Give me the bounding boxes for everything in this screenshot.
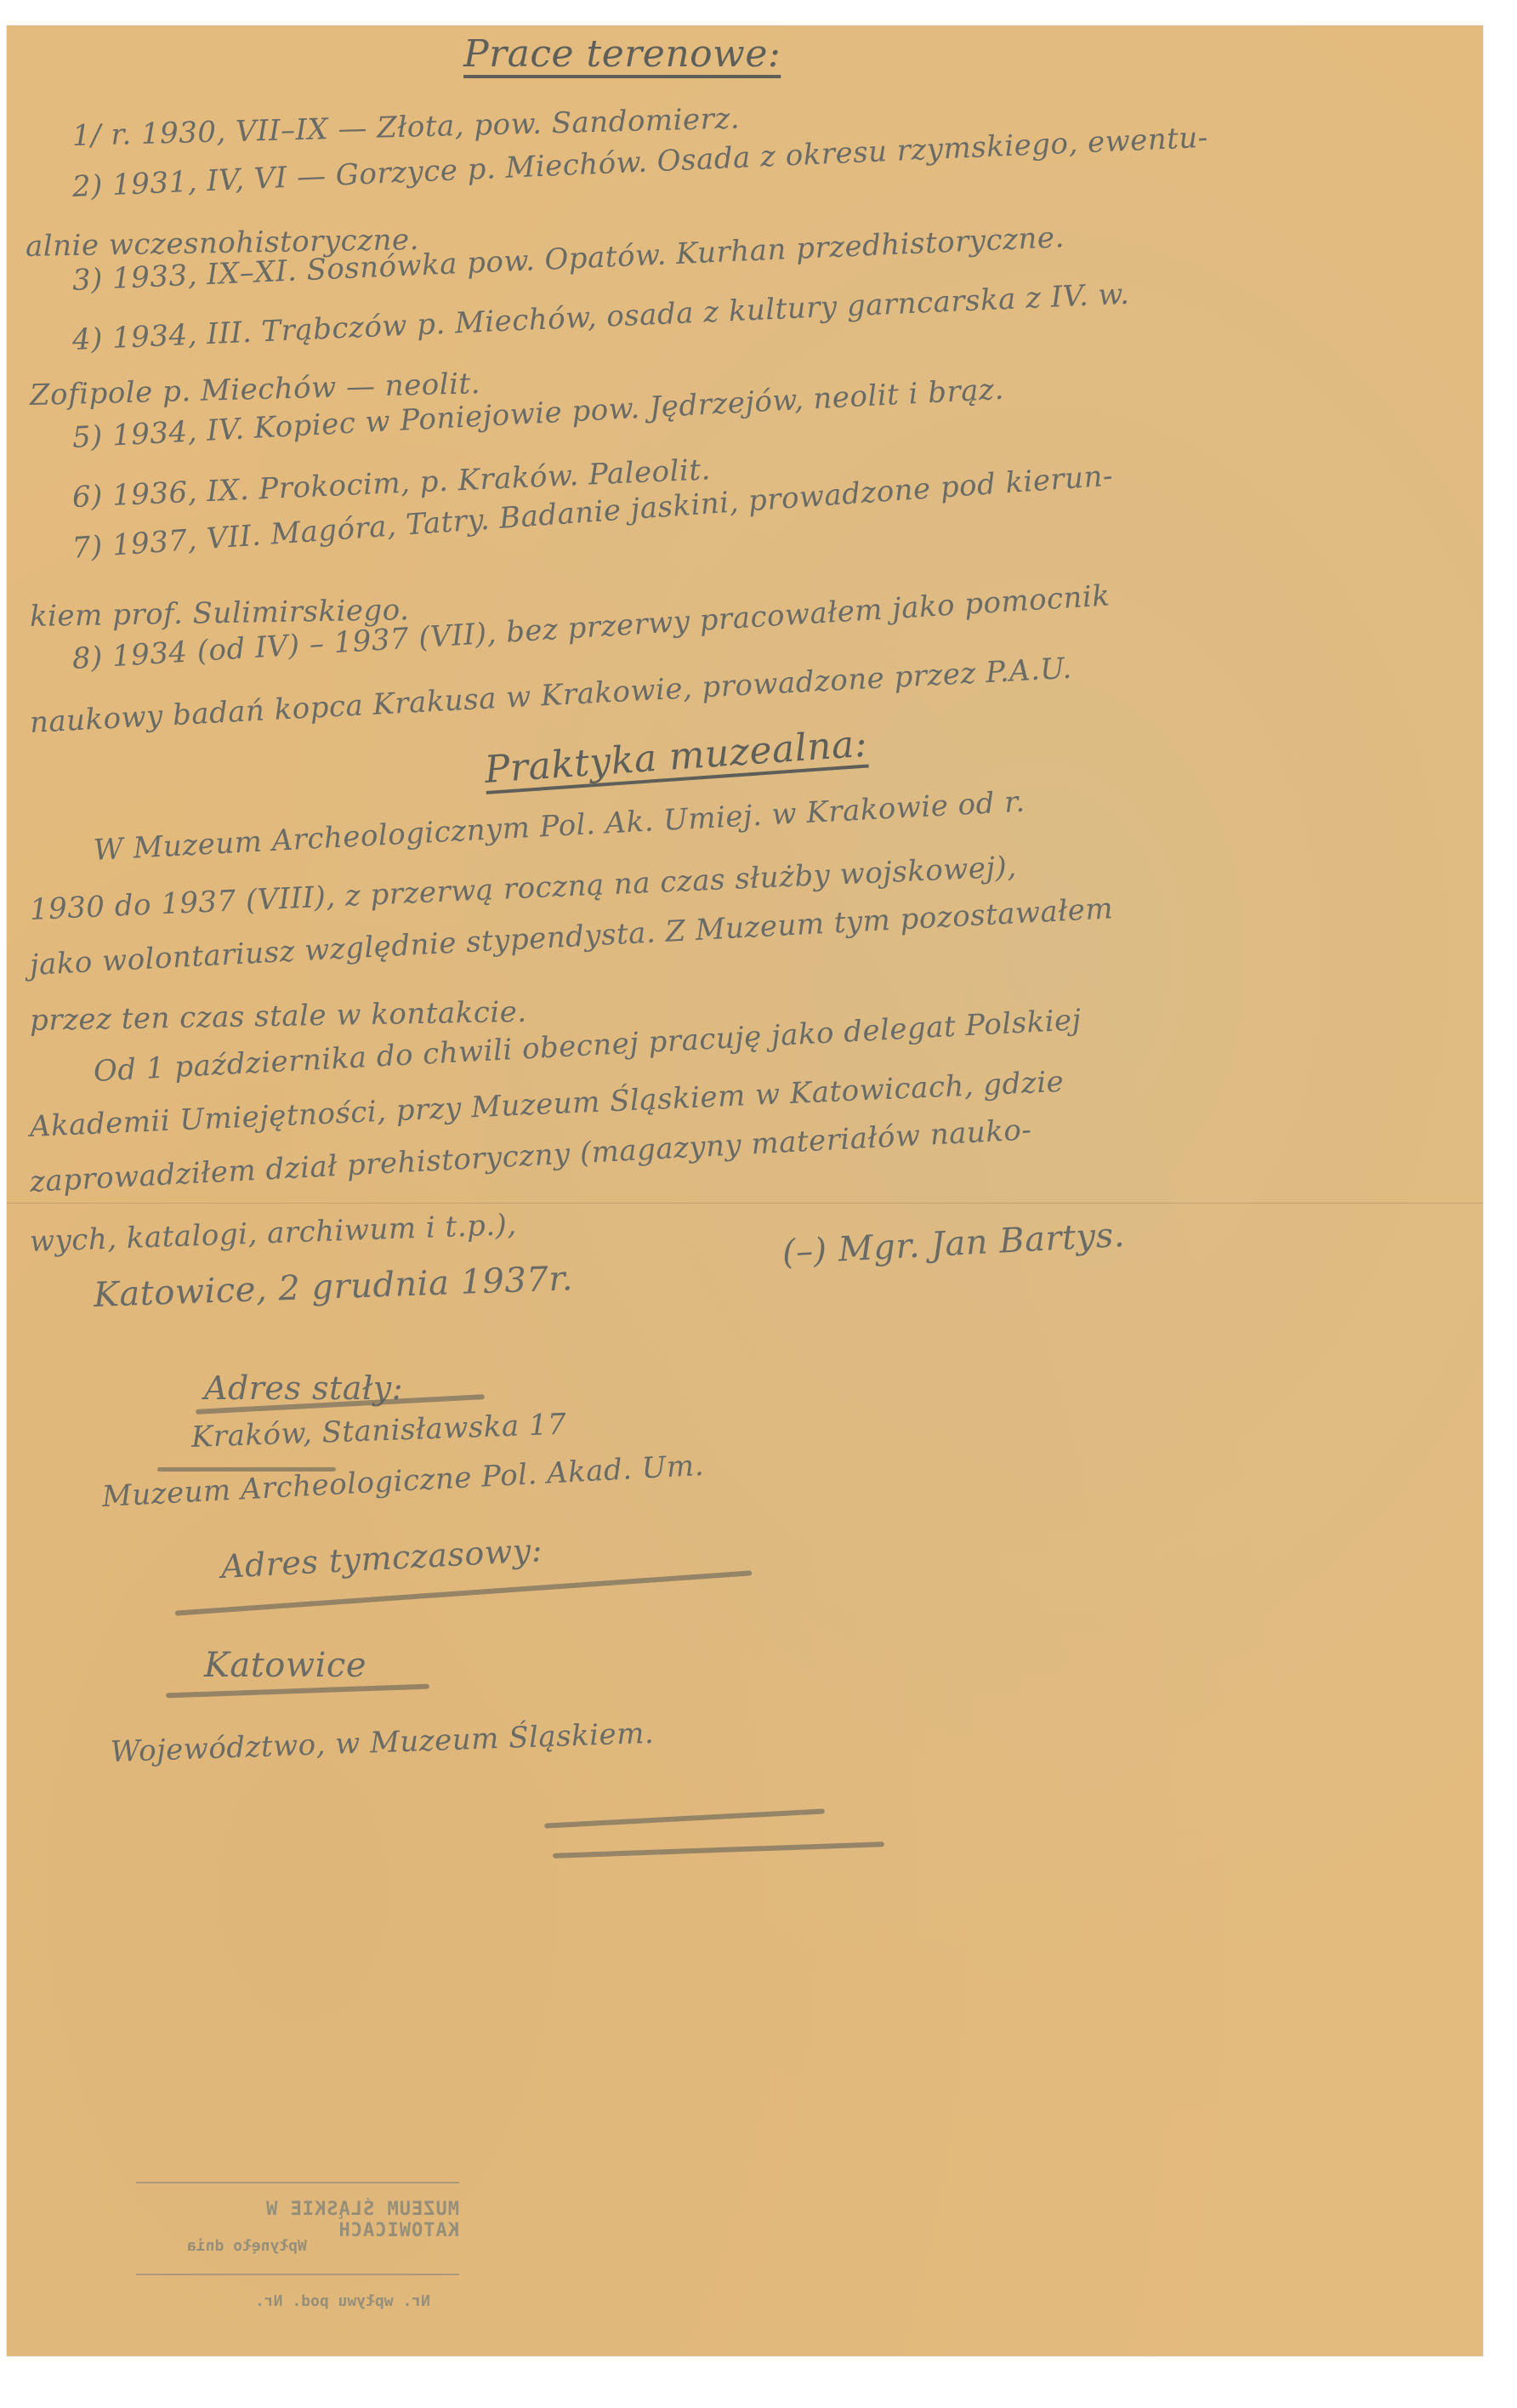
stamp-rule [136, 2182, 459, 2183]
fold-line [7, 1203, 1483, 1204]
stamp-line: Nr. wpływu pod. Nr. [255, 2292, 430, 2310]
stamp-rule [136, 2274, 459, 2275]
archive-stamp: MUZEUM ŚLĄSKIE W KATOWICACH Wpłynęło dni… [136, 2173, 459, 2326]
stamp-line: Wpłynęło dnia [187, 2237, 307, 2255]
stamp-line: MUZEUM ŚLĄSKIE W KATOWICACH [145, 2199, 459, 2241]
temporary-city: Katowice [204, 1646, 366, 1685]
heading-fieldwork: Prace terenowe: [463, 32, 781, 76]
